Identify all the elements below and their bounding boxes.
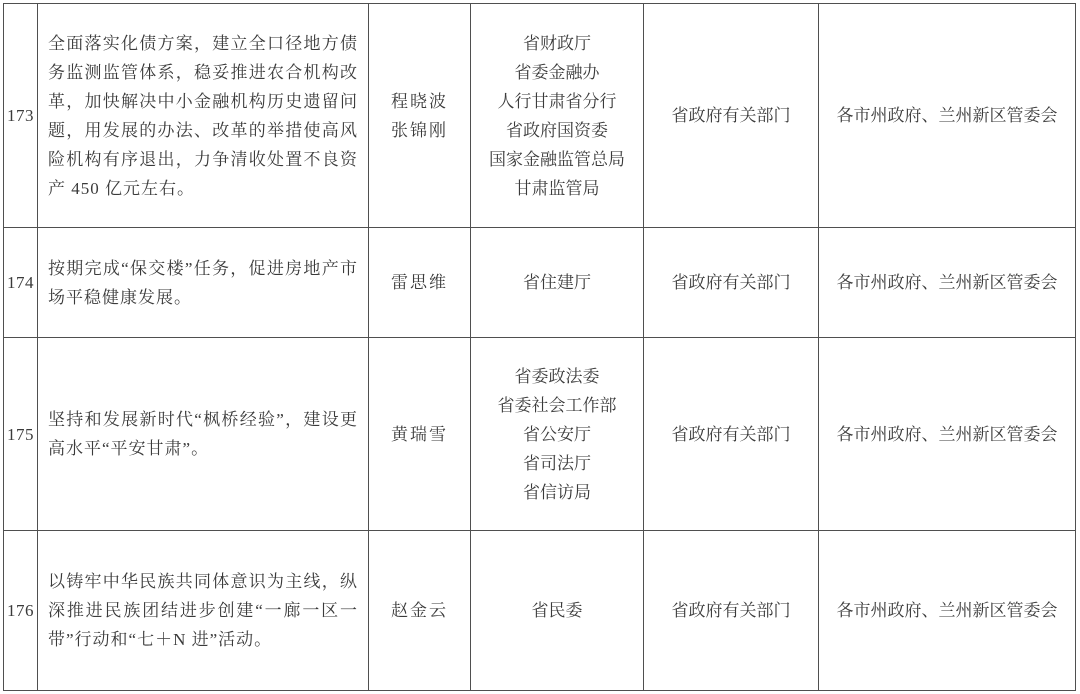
responsible-department: 省政府有关部门 <box>644 4 819 228</box>
task-description: 全面落实化债方案，建立全口径地方债务监测监管体系，稳妥推进农合机构改革，加快解决… <box>38 4 369 228</box>
cooperating-unit: 各市州政府、兰州新区管委会 <box>819 338 1076 531</box>
lead-department-list: 省民委 <box>471 531 644 691</box>
task-description: 以铸牢中华民族共同体意识为主线，纵深推进民族团结进步创建“一廊一区一带”行动和“… <box>38 531 369 691</box>
responsible-person: 赵金云 <box>369 531 471 691</box>
responsible-person: 雷思维 <box>369 228 471 338</box>
responsible-person: 程晓波 张锦刚 <box>369 4 471 228</box>
responsible-department: 省政府有关部门 <box>644 338 819 531</box>
row-number: 174 <box>4 228 38 338</box>
responsible-department: 省政府有关部门 <box>644 228 819 338</box>
cooperating-unit: 各市州政府、兰州新区管委会 <box>819 531 1076 691</box>
cooperating-unit: 各市州政府、兰州新区管委会 <box>819 228 1076 338</box>
responsible-department: 省政府有关部门 <box>644 531 819 691</box>
cooperating-unit: 各市州政府、兰州新区管委会 <box>819 4 1076 228</box>
table-row: 176 以铸牢中华民族共同体意识为主线，纵深推进民族团结进步创建“一廊一区一带”… <box>4 531 1076 691</box>
task-assignment-table: 173 全面落实化债方案，建立全口径地方债务监测监管体系，稳妥推进农合机构改革，… <box>3 3 1076 691</box>
document-page: 173 全面落实化债方案，建立全口径地方债务监测监管体系，稳妥推进农合机构改革，… <box>0 0 1080 694</box>
table-row: 174 按期完成“保交楼”任务，促进房地产市场平稳健康发展。 雷思维 省住建厅 … <box>4 228 1076 338</box>
lead-department-list: 省住建厅 <box>471 228 644 338</box>
task-description: 坚持和发展新时代“枫桥经验”，建设更高水平“平安甘肃”。 <box>38 338 369 531</box>
task-description: 按期完成“保交楼”任务，促进房地产市场平稳健康发展。 <box>38 228 369 338</box>
table-row: 175 坚持和发展新时代“枫桥经验”，建设更高水平“平安甘肃”。 黄瑞雪 省委政… <box>4 338 1076 531</box>
table-row: 173 全面落实化债方案，建立全口径地方债务监测监管体系，稳妥推进农合机构改革，… <box>4 4 1076 228</box>
responsible-person: 黄瑞雪 <box>369 338 471 531</box>
lead-department-list: 省委政法委 省委社会工作部 省公安厅 省司法厅 省信访局 <box>471 338 644 531</box>
row-number: 176 <box>4 531 38 691</box>
lead-department-list: 省财政厅 省委金融办 人行甘肃省分行 省政府国资委 国家金融监管总局 甘肃监管局 <box>471 4 644 228</box>
row-number: 175 <box>4 338 38 531</box>
row-number: 173 <box>4 4 38 228</box>
